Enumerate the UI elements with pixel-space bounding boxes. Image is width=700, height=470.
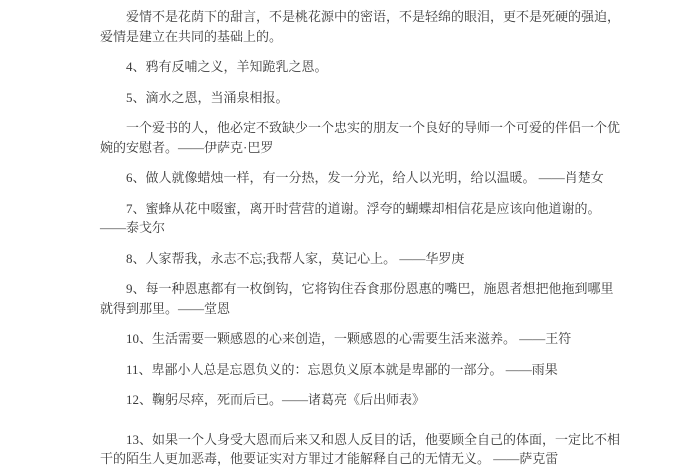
doc-paragraph-item-13: 13、如果一个人身受大恩而后来又和恩人反目的话，他要顾全自己的体面，一定比不相干… — [100, 430, 621, 469]
doc-paragraph-item-7: 7、蜜蜂从花中啜蜜，离开时营营的道谢。浮夸的蝴蝶却相信花是应该向他道谢的。——泰… — [100, 199, 621, 238]
doc-paragraph-item-9: 9、每一种恩惠都有一枚倒钩，它将钩住吞食那份恩惠的嘴巴，施恩者想把他拖到哪里就得… — [100, 279, 621, 318]
document-content: 爱情不是花荫下的甜言，不是桃花源中的密语，不是轻绵的眼泪，更不是死硬的强迫，爱情… — [100, 0, 621, 469]
doc-paragraph-love-quote: 爱情不是花荫下的甜言，不是桃花源中的密语，不是轻绵的眼泪，更不是死硬的强迫，爱情… — [100, 7, 621, 46]
doc-paragraph-item-10: 10、生活需要一颗感恩的心来创造，一颗感恩的心需要生活来滋养。 ——王符 — [100, 329, 621, 349]
doc-paragraph-item-4: 4、鸦有反哺之义，羊知跪乳之恩。 — [100, 57, 621, 77]
doc-paragraph-item-5: 5、滴水之恩，当涌泉相报。 — [100, 88, 621, 108]
doc-paragraph-item-11: 11、卑鄙小人总是忘恩负义的：忘恩负义原本就是卑鄙的一部分。 ——雨果 — [100, 360, 621, 380]
doc-paragraph-book-lover-quote: 一个爱书的人，他必定不致缺少一个忠实的朋友一个良好的导师一个可爱的伴侣一个优婉的… — [100, 118, 621, 157]
doc-paragraph-item-8: 8、人家帮我，永志不忘;我帮人家，莫记心上。 ——华罗庚 — [100, 249, 621, 269]
doc-paragraph-item-12: 12、鞠躬尽瘁，死而后已。——诸葛亮《后出师表》 — [100, 390, 621, 410]
doc-paragraph-item-6: 6、做人就像蜡烛一样，有一分热，发一分光，给人以光明，给以温暖。 ——肖楚女 — [100, 168, 621, 188]
document-page: 爱情不是花荫下的甜言，不是桃花源中的密语，不是轻绵的眼泪，更不是死硬的强迫，爱情… — [0, 0, 700, 470]
